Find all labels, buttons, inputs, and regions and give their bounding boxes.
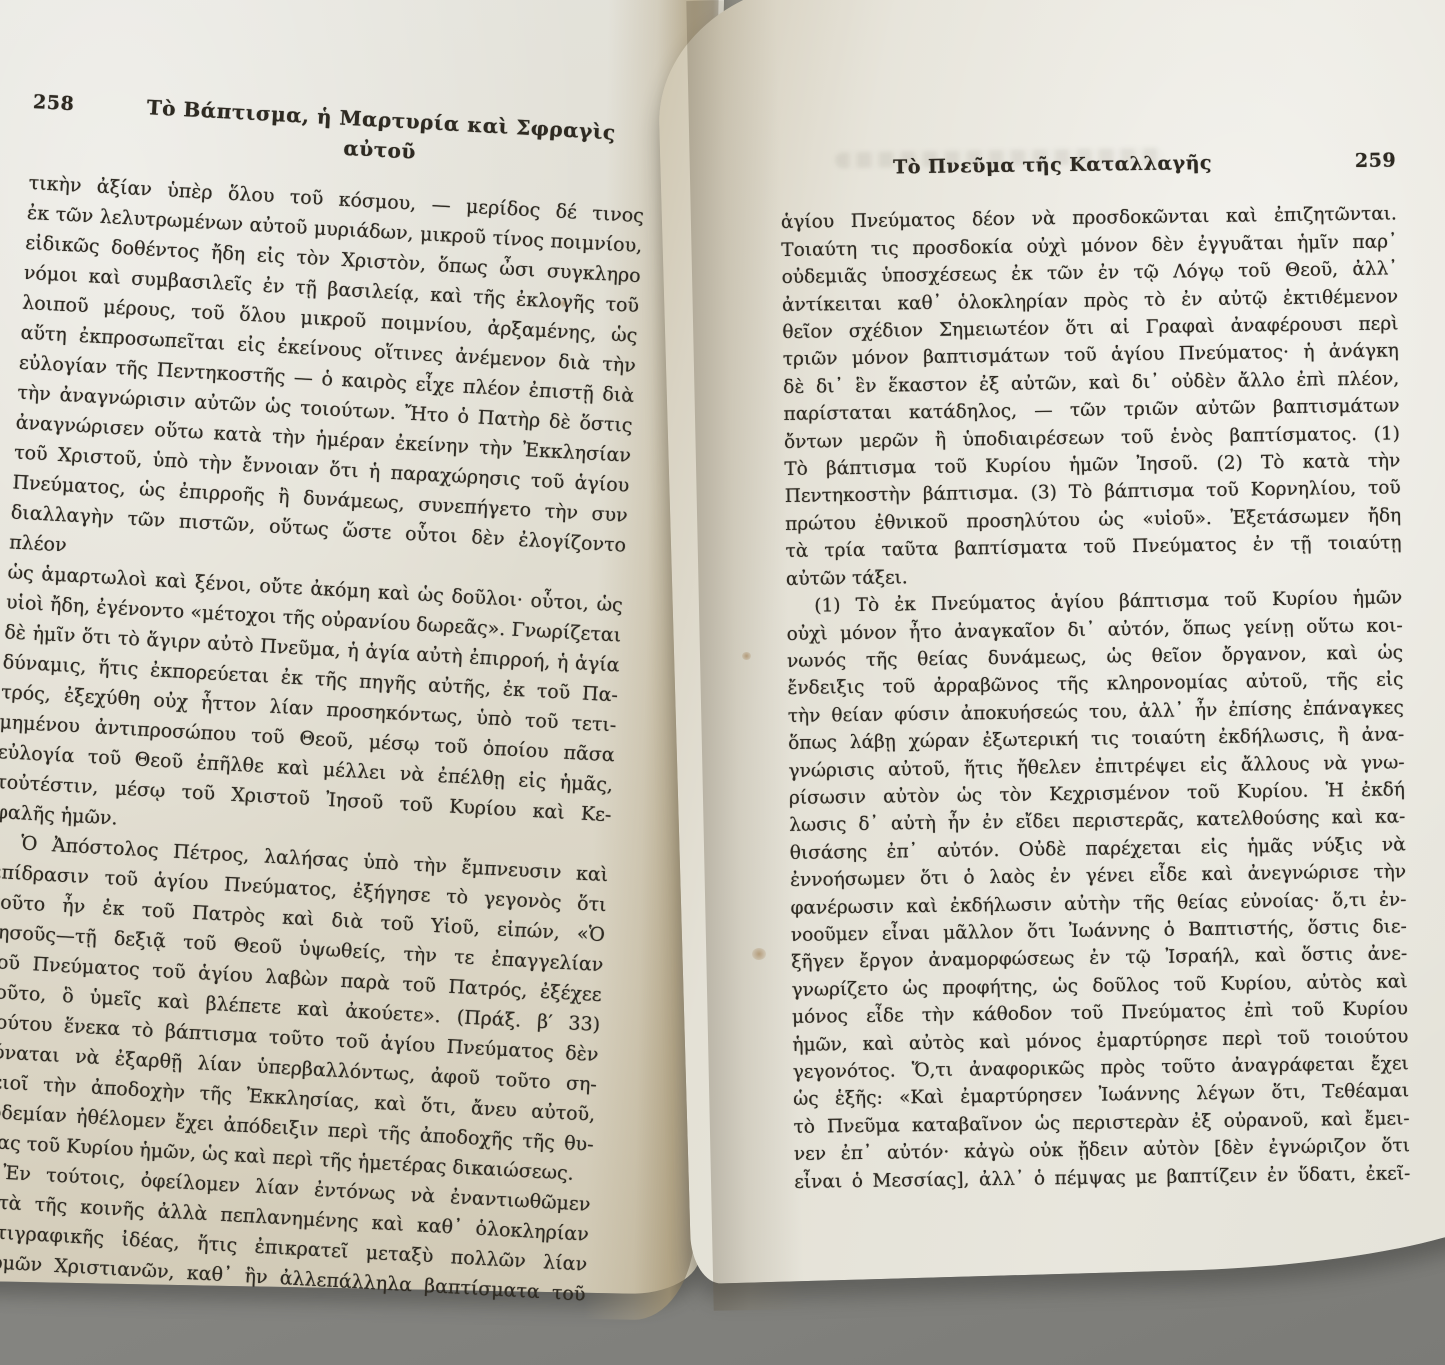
foxing-spot	[742, 652, 751, 660]
right-page-text: Τὸ Πνεῦμα τῆς Καταλλαγῆς 259 ἁγίου Πνεύμ…	[780, 147, 1410, 1196]
right-page-number: 259	[1355, 147, 1397, 175]
book-photo: 258 Τὸ Βάπτισμα, ἡ Μαρτυρία καὶ Σφραγὶς …	[0, 0, 1445, 1365]
right-body-text: ἁγίου Πνεύματος δέον νὰ προσδοκῶνται καὶ…	[781, 201, 1411, 1196]
left-page-text: 258 Τὸ Βάπτισμα, ἡ Μαρτυρία καὶ Σφραγὶς …	[0, 86, 649, 1310]
foxing-spot	[752, 948, 766, 960]
left-page-number: 258	[32, 87, 75, 119]
left-body-text: τικὴν ἀξίαν ὑπὲρ ὅλου τοῦ κόσμου, — μερί…	[0, 168, 645, 1310]
